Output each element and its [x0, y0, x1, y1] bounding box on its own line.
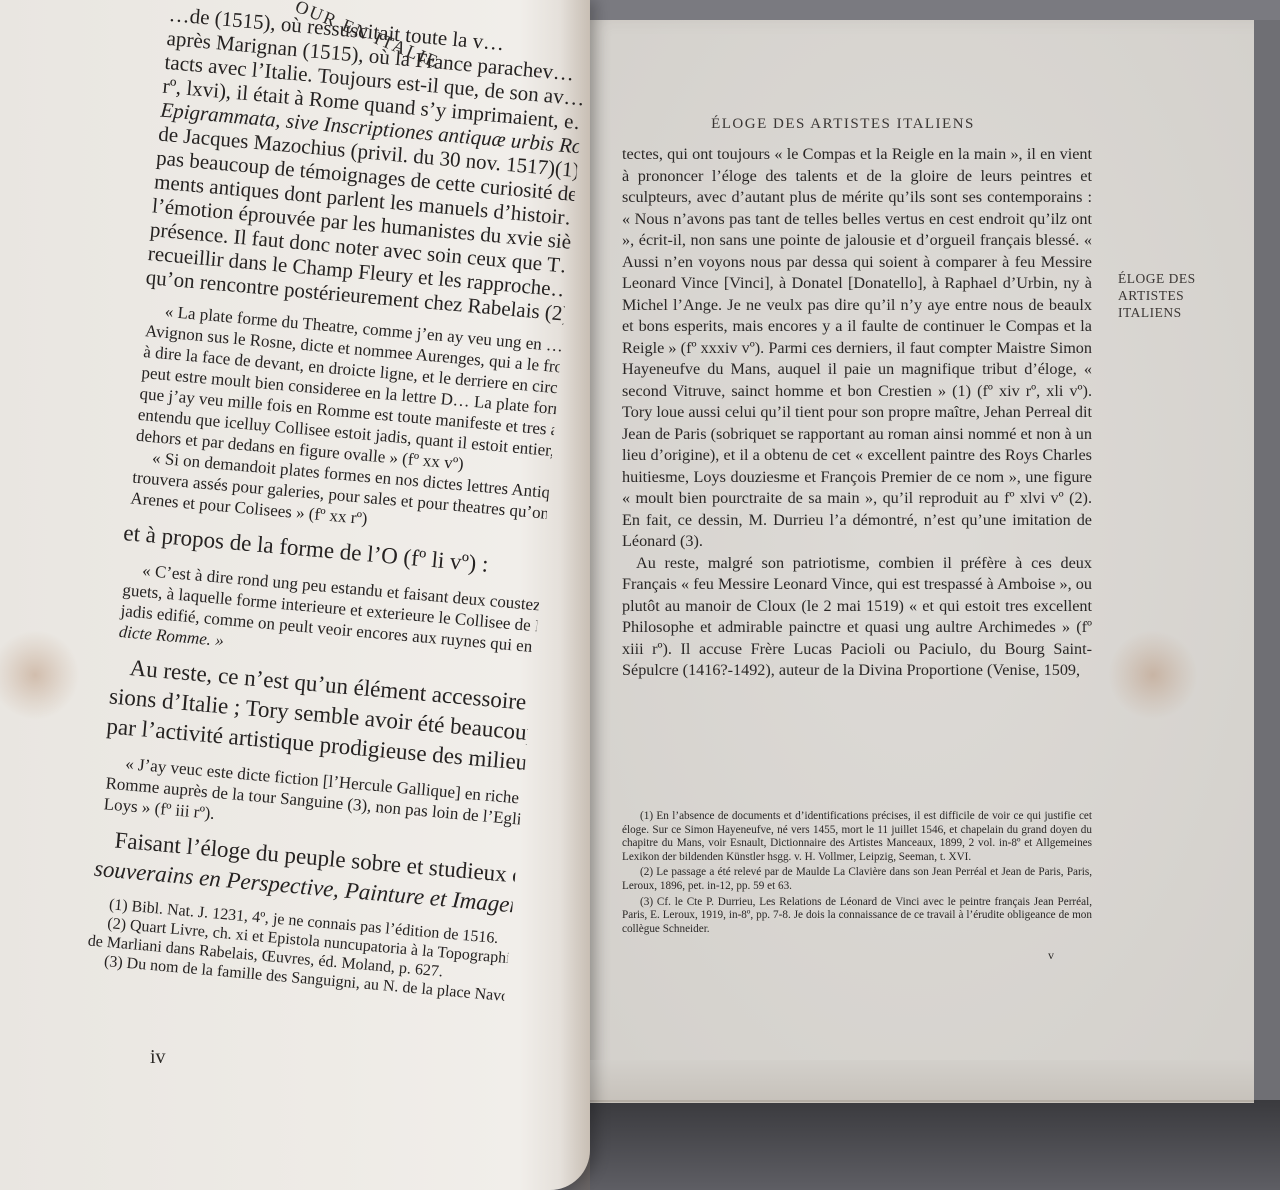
margin-note: ÉLOGE DES ARTISTES ITALIENS: [1118, 270, 1238, 321]
foxing-stain: [0, 630, 80, 720]
paragraph: Au reste, malgré son patriotisme, combie…: [622, 553, 1092, 682]
background-surface: [560, 0, 1280, 20]
margin-note-line: ITALIENS: [1118, 304, 1238, 321]
left-page: OUR EN ITALIE …de (1515), où ressuscitai…: [0, 0, 590, 1190]
right-page: ÉLOGE DES ARTISTES ITALIENS tectes, qui …: [578, 20, 1254, 1103]
footnote: (2) Le passage a été relevé par de Mauld…: [622, 866, 1092, 893]
margin-note-line: ARTISTES: [1118, 287, 1238, 304]
paragraph: tectes, qui ont toujours « le Compas et …: [622, 144, 1092, 553]
footnote: (1) En l’absence de documents et d’ident…: [622, 810, 1092, 864]
page-number: v: [1048, 948, 1054, 963]
foxing-stain: [1108, 630, 1198, 720]
deckle-edge: [578, 1060, 1254, 1102]
body-text: …de (1515), où ressuscitait toute la v… …: [85, 2, 588, 1006]
running-head: ÉLOGE DES ARTISTES ITALIENS: [608, 116, 1078, 133]
footnote: (3) Cf. le Cte P. Durrieu, Les Relations…: [622, 896, 1092, 937]
page-number: iv: [150, 1046, 166, 1069]
footnotes: (1) En l’absence de documents et d’ident…: [622, 810, 1092, 938]
table-shadow: [540, 1100, 1280, 1190]
body-text: tectes, qui ont toujours « le Compas et …: [622, 144, 1092, 682]
margin-note-line: ÉLOGE DES: [1118, 270, 1238, 287]
